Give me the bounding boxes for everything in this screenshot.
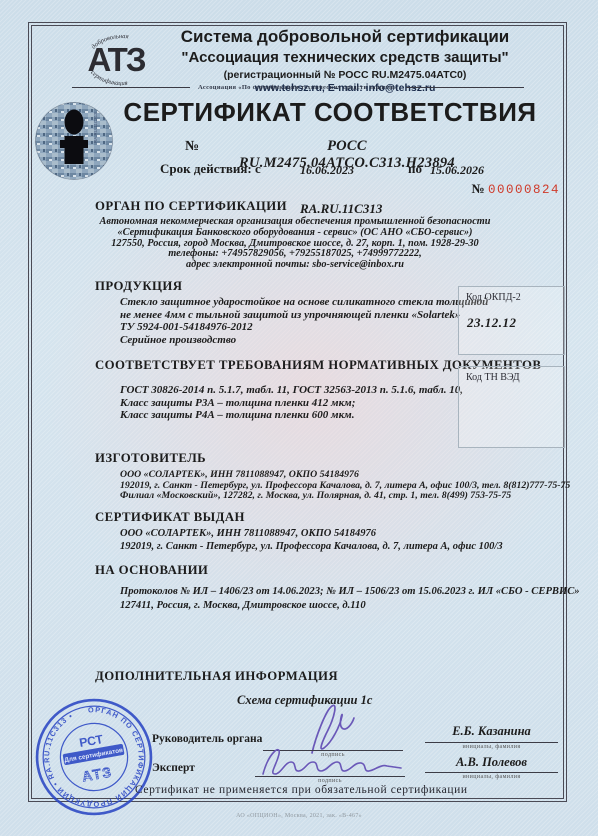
product-line: не менее 4мм с тыльной защитой из упрочн…	[120, 309, 488, 322]
validity-label: Срок действия: с	[160, 161, 261, 177]
restriction-note: Сертификат не применяется при обязательн…	[135, 784, 468, 796]
certification-stamp: ОРГАН ПО СЕРТИФИКАЦИИ ПРОДУКЦИИ • RA.RU.…	[33, 696, 155, 818]
product-heading: ПРОДУКЦИЯ	[95, 279, 182, 294]
system-title: Система добровольной сертификации	[145, 27, 545, 47]
tnved-code-box: Код ТН ВЭД	[458, 366, 565, 448]
org-description: Автономная некоммерческая организация об…	[60, 217, 530, 271]
stamp-atz-mark: АТЗ	[81, 765, 114, 786]
conformity-line: Класс защиты Р3А – толщина пленки 412 мк…	[120, 397, 463, 410]
okpd-value: 23.12.12	[459, 303, 564, 331]
tnved-label: Код ТН ВЭД	[459, 367, 564, 383]
head-of-body-role: Руководитель органа	[152, 733, 262, 745]
manufacturer-line: ООО «СОЛАРТЕК», ИНН 7811088947, ОКПО 541…	[120, 470, 570, 481]
cert-number-sign: №	[185, 139, 199, 155]
org-code: RA.RU.11С313	[300, 201, 382, 217]
validity-from: 16.06.2023	[300, 163, 354, 178]
conformity-line: ГОСТ 30826-2014 п. 5.1.7, табл. 11, ГОСТ…	[120, 384, 463, 397]
certificate-page: добровольная АТЗ сертификация Система до…	[0, 0, 598, 836]
hologram-sticker: RA.RU.11С313	[34, 101, 114, 181]
serial-row: № 00000824	[440, 181, 560, 197]
serial-sign: №	[472, 181, 485, 196]
head-name-line	[425, 742, 558, 743]
print-imprint: АО «ОПЦИОН», Москва, 2021, зак. «В-467»	[0, 813, 598, 819]
hologram-figure-arm-left	[60, 140, 65, 148]
manufacturer-heading: ИЗГОТОВИТЕЛЬ	[95, 451, 206, 466]
org-line: «Сертификация Банковского оборудования -…	[60, 228, 530, 239]
okpd-label: Код ОКПД-2	[459, 287, 564, 303]
org-heading: ОРГАН ПО СЕРТИФИКАЦИИ	[95, 199, 287, 214]
serial-number: 00000824	[488, 183, 560, 197]
validity-to: 15.06.2026	[430, 163, 484, 178]
manufacturer-line: Филиал «Московский», 127282, г. Москва, …	[120, 491, 570, 502]
conformity-line: Класс защиты Р4А – толщина пленки 600 мк…	[120, 409, 463, 422]
head-of-body-name: Е.Б. Казанина	[425, 724, 558, 739]
issued-line: ООО «СОЛАРТЕК», ИНН 7811088947, ОКПО 541…	[120, 528, 503, 541]
divider-rule-right	[406, 87, 524, 88]
expert-name: А.В. Полевов	[425, 755, 558, 770]
hologram-figure-arm-right	[83, 140, 88, 148]
product-description: Стекло защитное ударостойкое на основе с…	[120, 296, 488, 347]
registration-number: (регистрационный № РОСС RU.M2475.04ATC0)	[145, 69, 545, 81]
conformity-text: ГОСТ 30826-2014 п. 5.1.7, табл. 11, ГОСТ…	[120, 384, 463, 422]
stamp-rst-mark: РСТ	[78, 732, 104, 750]
issued-line: 192019, г. Санкт - Петербург, ул. Профес…	[120, 541, 503, 554]
issued-heading: СЕРТИФИКАТ ВЫДАН	[95, 510, 245, 525]
name-caption: инициалы, фамилия	[425, 744, 558, 750]
hologram-figure-body	[65, 136, 84, 164]
divider-rule-left	[72, 87, 190, 88]
divider-note: Ассоциация «По сертификации технических …	[198, 84, 398, 91]
product-line: Стекло защитное ударостойкое на основе с…	[120, 296, 488, 309]
basis-line: Протоколов № ИЛ – 1406/23 от 14.06.2023;…	[120, 585, 580, 599]
okpd-code-box: Код ОКПД-2 23.12.12	[458, 286, 565, 355]
association-title: "Ассоциация технических средств защиты"	[145, 49, 545, 66]
manufacturer-text: ООО «СОЛАРТЕК», ИНН 7811088947, ОКПО 541…	[120, 470, 570, 502]
hologram-figure-head	[65, 110, 84, 135]
additional-heading: ДОПОЛНИТЕЛЬНАЯ ИНФОРМАЦИЯ	[95, 669, 338, 684]
expert-role: Эксперт	[152, 762, 195, 774]
basis-heading: НА ОСНОВАНИИ	[95, 563, 208, 578]
validity-po-label: по	[408, 161, 422, 177]
org-line: адрес электронной почты: sbo-service@inb…	[60, 260, 530, 271]
header-divider: Ассоциация «По сертификации технических …	[72, 84, 524, 91]
name-caption-2: инициалы, фамилия	[425, 774, 558, 780]
product-line: ТУ 5924-001-54184976-2012	[120, 321, 488, 334]
expert-signature-line	[255, 776, 405, 777]
certificate-title: СЕРТИФИКАТ СООТВЕТСТВИЯ	[100, 97, 560, 128]
basis-line: 127411, Россия, г. Москва, Дмитровское ш…	[120, 599, 580, 613]
hologram-code: RA.RU.11С313	[93, 112, 98, 143]
product-line: Серийное производство	[120, 334, 488, 347]
expert-name-line	[425, 772, 558, 773]
issued-text: ООО «СОЛАРТЕК», ИНН 7811088947, ОКПО 541…	[120, 528, 503, 553]
basis-text: Протоколов № ИЛ – 1406/23 от 14.06.2023;…	[120, 585, 580, 613]
